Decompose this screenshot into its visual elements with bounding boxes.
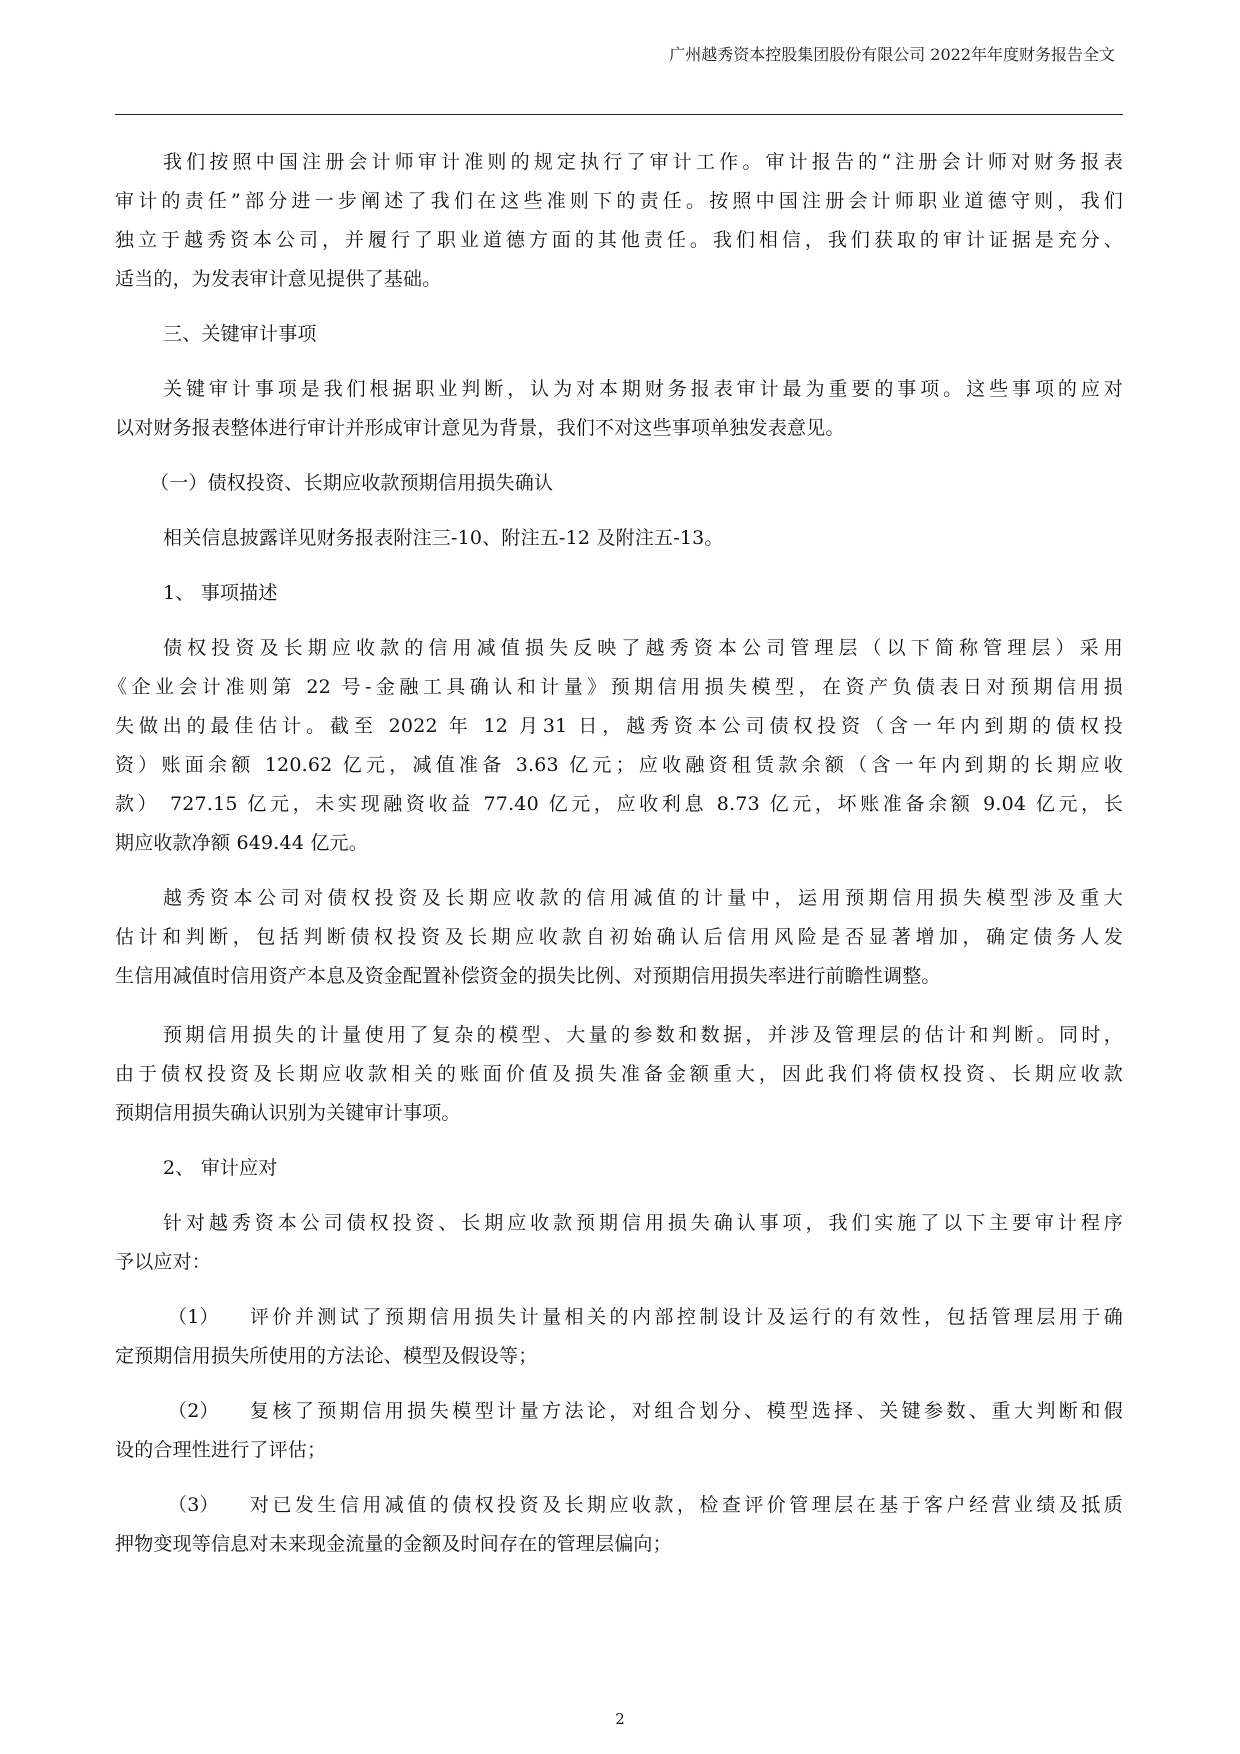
text-line: 越秀资本公司对债权投资及长期应收款的信用减值的计量中，运用预期信用损失模型涉及重… bbox=[163, 886, 1123, 910]
subsection-heading: （一）债权投资、长期应收款预期信用损失确认 bbox=[150, 471, 553, 495]
text-line: 债权投资及长期应收款的信用减值损失反映了越秀资本公司管理层（以下简称管理层）采用 bbox=[163, 636, 1123, 660]
procedure-number: （2） bbox=[168, 1399, 219, 1423]
header-divider bbox=[115, 114, 1123, 115]
text-line: 资）账面余额 120.62 亿元，减值准备 3.63 亿元；应收融资租赁款余额（… bbox=[115, 753, 1123, 777]
text-line: 失做出的最佳估计。截至 2022 年 12 月31 日，越秀资本公司债权投资（含… bbox=[115, 714, 1123, 738]
text-line: 由于债权投资及长期应收款相关的账面价值及损失准备金额重大，因此我们将债权投资、长… bbox=[115, 1062, 1123, 1086]
item1-heading: 1、 事项描述 bbox=[163, 581, 278, 605]
page-header-title: 广州越秀资本控股集团股份有限公司 2022年年度财务报告全文 bbox=[669, 42, 1115, 65]
text-line: 估计和判断，包括判断债权投资及长期应收款自初始确认后信用风险是否显著增加，确定债… bbox=[115, 925, 1123, 949]
text-line: 复核了预期信用损失模型计量方法论，对组合划分、模型选择、关键参数、重大判断和假 bbox=[250, 1399, 1123, 1423]
text-line: 款） 727.15 亿元，未实现融资收益 77.40 亿元，应收利息 8.73 … bbox=[115, 792, 1123, 816]
text-line: 预期信用损失的计量使用了复杂的模型、大量的参数和数据，并涉及管理层的估计和判断。… bbox=[163, 1023, 1123, 1047]
text-line: 生信用减值时信用资产本息及资金配置补偿资金的损失比例、对预期信用损失率进行前瞻性… bbox=[115, 964, 941, 988]
text-line: 我们按照中国注册会计师审计准则的规定执行了审计工作。审计报告的“注册会计师对财务… bbox=[163, 150, 1123, 174]
text-line: 针对越秀资本公司债权投资、长期应收款预期信用损失确认事项，我们实施了以下主要审计… bbox=[163, 1211, 1123, 1235]
section-heading: 三、关键审计事项 bbox=[163, 322, 317, 346]
text-line: 独立于越秀资本公司，并履行了职业道德方面的其他责任。我们相信，我们获取的审计证据… bbox=[115, 228, 1123, 252]
text-line: 设的合理性进行了评估； bbox=[115, 1438, 326, 1462]
text-line: 关键审计事项是我们根据职业判断，认为对本期财务报表审计最为重要的事项。这些事项的… bbox=[163, 377, 1123, 401]
text-line: 期应收款净额 649.44 亿元。 bbox=[115, 831, 368, 855]
item2-heading: 2、 审计应对 bbox=[163, 1156, 278, 1180]
text-line: 审计的责任”部分进一步阐述了我们在这些准则下的责任。按照中国注册会计师职业道德守… bbox=[115, 189, 1123, 213]
text-line: 适当的，为发表审计意见提供了基础。 bbox=[115, 267, 441, 291]
text-line: 《企业会计准则第 22 号-金融工具确认和计量》预期信用损失模型，在资产负债表日… bbox=[108, 675, 1123, 699]
text-line: 定预期信用损失所使用的方法论、模型及假设等； bbox=[115, 1344, 537, 1368]
procedure-number: （3） bbox=[168, 1493, 219, 1517]
text-line: 押物变现等信息对未来现金流量的金额及时间存在的管理层偏向； bbox=[115, 1532, 672, 1556]
disclosure-reference: 相关信息披露详见财务报表附注三-10、附注五-12 及附注五-13。 bbox=[163, 526, 724, 550]
procedure-number: （1） bbox=[168, 1305, 219, 1329]
text-line: 予以应对： bbox=[115, 1250, 211, 1274]
text-line: 以对财务报表整体进行审计并形成审计意见为背景，我们不对这些事项单独发表意见。 bbox=[115, 416, 845, 440]
text-line: 评价并测试了预期信用损失计量相关的内部控制设计及运行的有效性，包括管理层用于确 bbox=[250, 1305, 1123, 1329]
page-number: 2 bbox=[0, 1710, 1240, 1728]
text-line: 预期信用损失确认识别为关键审计事项。 bbox=[115, 1101, 461, 1125]
text-line: 对已发生信用减值的债权投资及长期应收款，检查评价管理层在基于客户经营业绩及抵质 bbox=[250, 1493, 1123, 1517]
